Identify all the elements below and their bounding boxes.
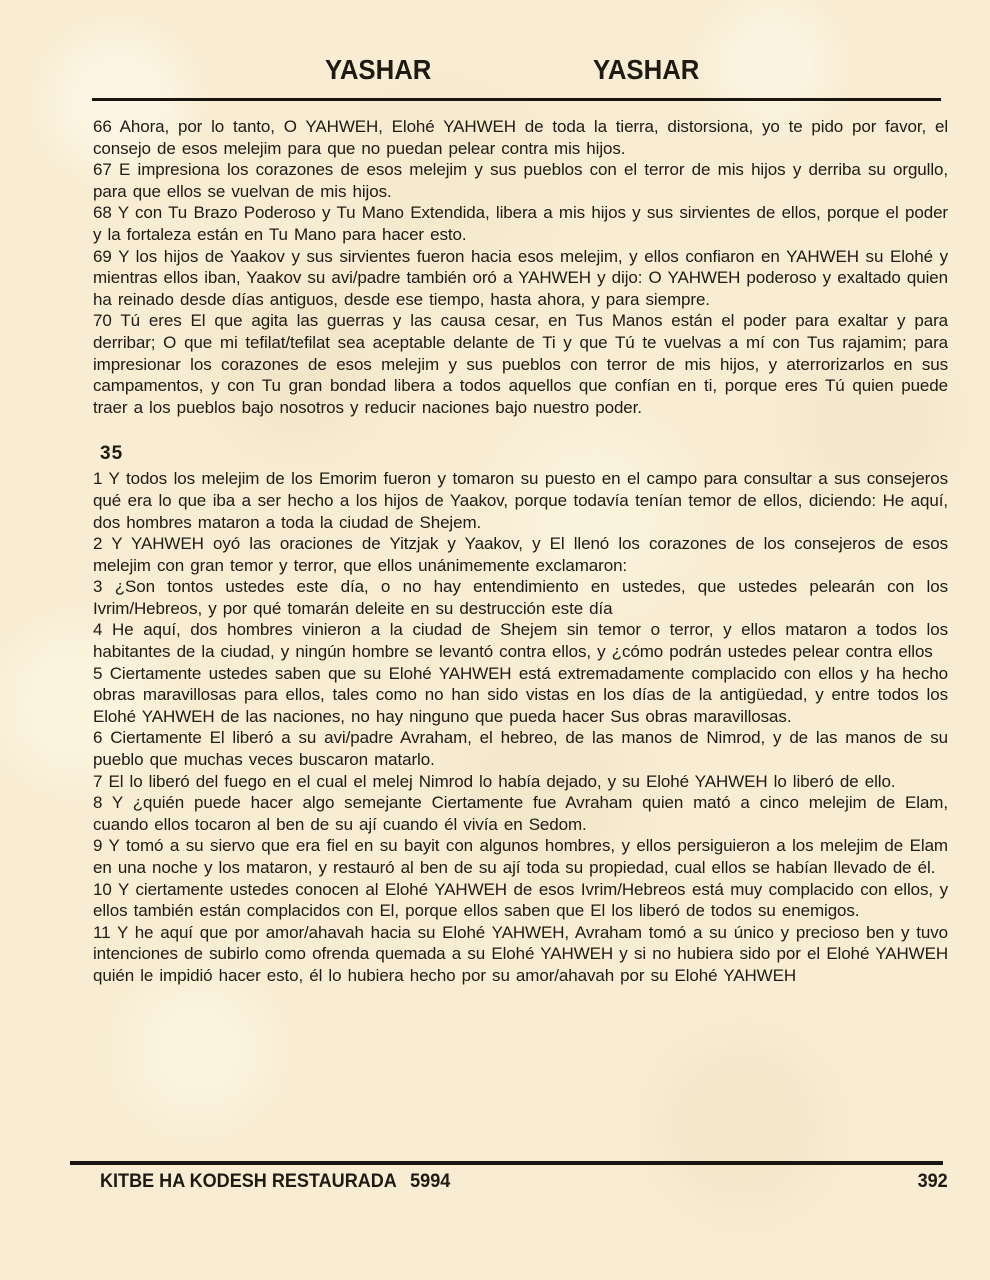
page-body: 66 Ahora, por lo tanto, O YAHWEH, Elohé … [93,116,948,987]
verse-paragraph: 7 El lo liberó del fuego en el cual el m… [93,771,948,793]
footer-edition-year: 5994 [410,1171,450,1192]
verse-paragraph: 8 Y ¿quién puede hacer algo semejante Ci… [93,792,948,835]
header-rule [92,98,941,101]
verse-paragraph: 2 Y YAHWEH oyó las oraciones de Yitzjak … [93,533,948,576]
verse-paragraph: 3 ¿Son tontos ustedes este día, o no hay… [93,576,948,619]
chapter34-verses: 66 Ahora, por lo tanto, O YAHWEH, Elohé … [93,116,948,418]
chapter35-verses: 1 Y todos los melejim de los Emorim fuer… [93,468,948,986]
footer-row: KITBE HA KODESH RESTAURADA5994 392 [0,1165,990,1193]
verse-paragraph: 4 He aquí, dos hombres vinieron a la ciu… [93,619,948,662]
verse-paragraph: 11 Y he aquí que por amor/ahavah hacia s… [93,922,948,987]
page-footer: KITBE HA KODESH RESTAURADA5994 392 [0,1161,990,1193]
footer-edition-title: KITBE HA KODESH RESTAURADA [100,1171,397,1192]
verse-paragraph: 6 Ciertamente El liberó a su avi/padre A… [93,727,948,770]
verse-paragraph: 67 E impresiona los corazones de esos me… [93,159,948,202]
verse-paragraph: 5 Ciertamente ustedes saben que su Elohé… [93,663,948,728]
verse-paragraph: 66 Ahora, por lo tanto, O YAHWEH, Elohé … [93,116,948,159]
verse-paragraph: 9 Y tomó a su siervo que era fiel en su … [93,835,948,878]
footer-edition: KITBE HA KODESH RESTAURADA5994 [100,1171,450,1193]
header-title-left: YASHAR [325,54,431,86]
footer-page-number: 392 [918,1171,948,1193]
page-header: YASHAR YASHAR [0,0,990,112]
verse-paragraph: 70 Tú eres El que agita las guerras y la… [93,310,948,418]
verse-paragraph: 69 Y los hijos de Yaakov y sus sirviente… [93,246,948,311]
verse-paragraph: 68 Y con Tu Brazo Poderoso y Tu Mano Ext… [93,202,948,245]
header-title-right: YASHAR [593,54,699,86]
scanned-book-page: { "header": { "title_left": "YASHAR", "t… [0,0,990,1280]
chapter-heading: 35 [100,443,948,465]
verse-paragraph: 10 Y ciertamente ustedes conocen al Eloh… [93,879,948,922]
verse-paragraph: 1 Y todos los melejim de los Emorim fuer… [93,468,948,533]
